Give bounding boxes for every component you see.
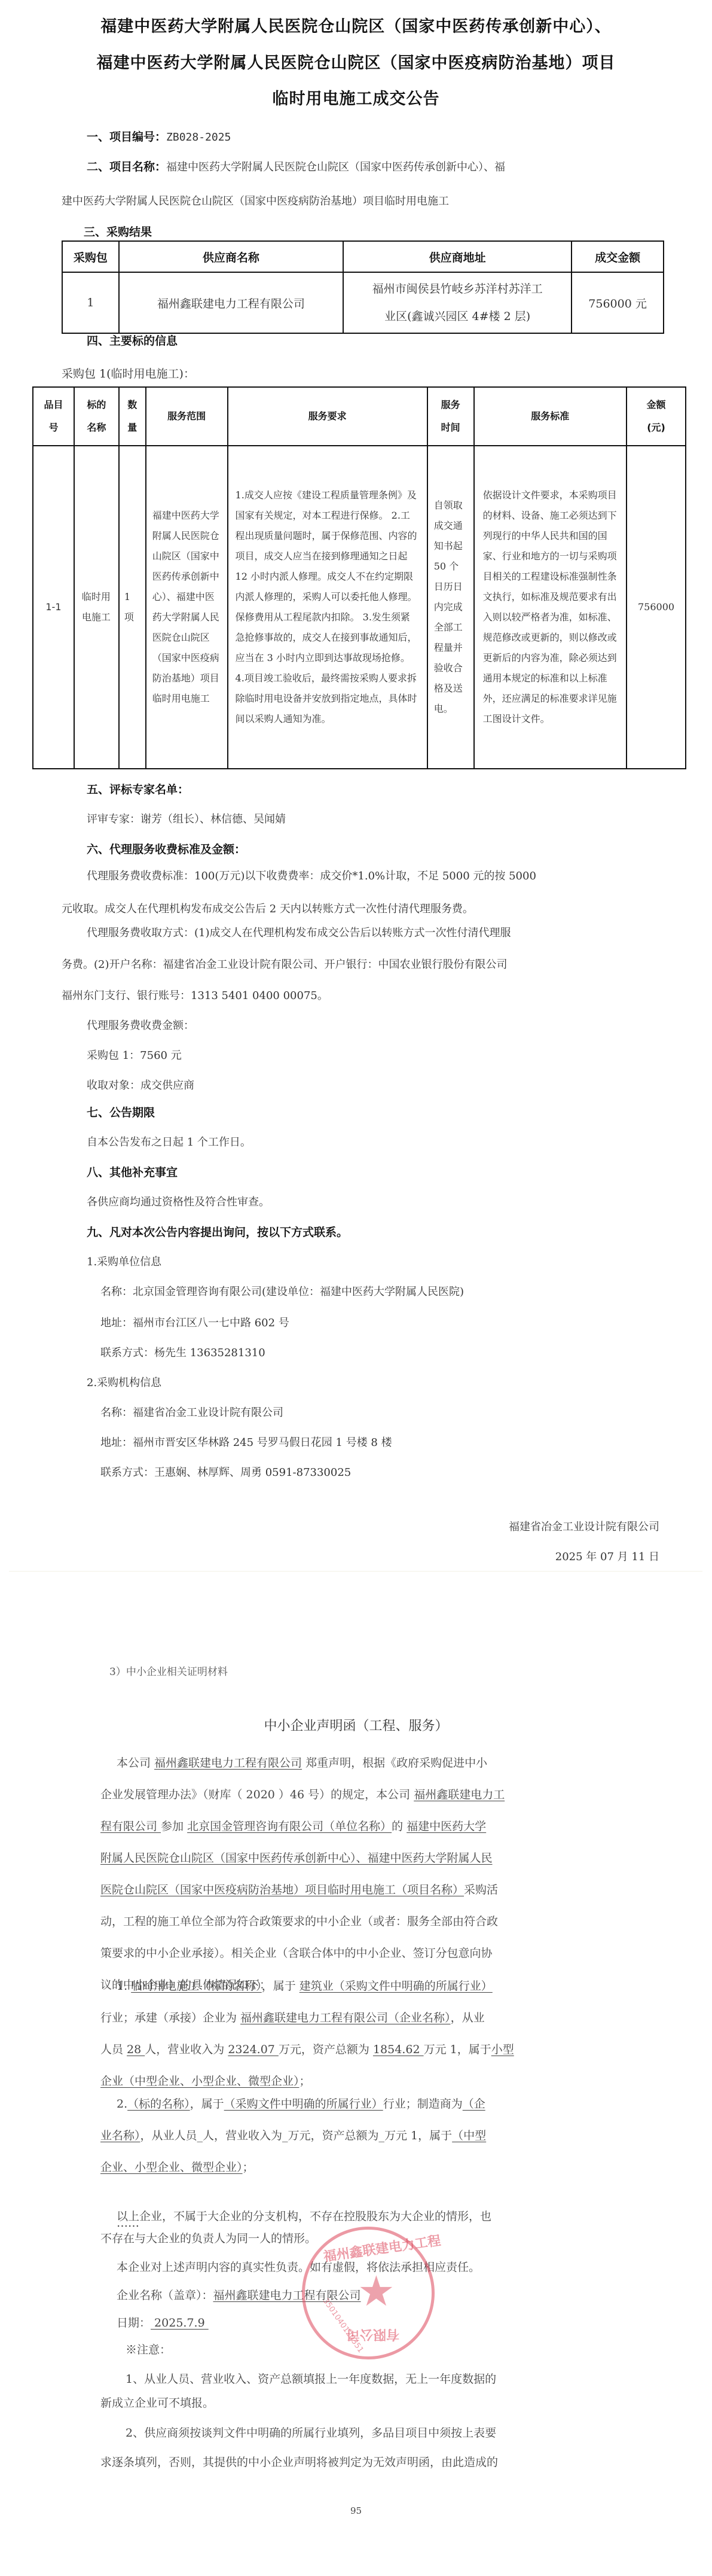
declaration-text-segment: 采购活 [464, 1883, 498, 1896]
results-table-header: 采购包 供应商名称 供应商地址 成交金额 [62, 241, 664, 272]
fee-method-line-1: 代理服务费收取方式：(1)成交人在代理机构发布成交公告后以转账方式一次性付清代理… [87, 924, 511, 940]
declaration-text-segment: 程有限公司 [100, 1820, 161, 1833]
declaration-note1-line1: 1、从业人员、营业收入、资产总额填报上一年度数据，无上一年度数据的 [126, 2370, 496, 2386]
purchaser-contact: 联系方式：杨先生 13635281310 [100, 1344, 265, 1360]
declaration-title: 中小企业声明函（工程、服务） [0, 1716, 712, 1734]
declaration-line: 2.（标的名称），属于（采购文件中明确的所属行业）行业；制造商为（企 [117, 2095, 485, 2111]
col-standard: 服务标准 [474, 387, 627, 446]
announcement-title-line-3: 临时用电施工成交公告 [0, 86, 712, 109]
page-number: 95 [0, 2505, 712, 2516]
address-line-2: 业区(鑫诚兴园区 4#楼 2 层) [344, 303, 570, 330]
declaration-line: 企业、小型企业、微型企业）； [100, 2158, 254, 2175]
declaration-text-segment: 1854.62 [373, 2043, 424, 2056]
declaration-text-segment: 参加 [161, 1820, 187, 1833]
col-package: 采购包 [62, 241, 119, 272]
project-name-label: 二、项目名称： [87, 160, 166, 173]
fee-standard-line-2: 元收取。成交人在代理机构发布成交公告后 2 天内以转账方式一次性付清代理服务费。 [62, 900, 473, 916]
project-name-line-1: 福建中医药大学附属人民医院仓山院区（国家中医药传承创新中心）、福 [166, 161, 505, 173]
declaration-text-segment: 人员 [100, 2043, 127, 2056]
declaration-line: 行业；承建（承接）企业为 福州鑫联建电力工程有限公司（企业名称），从业 [100, 2009, 485, 2025]
col-name: 标的名称 [74, 387, 119, 446]
fee-method-line-3: 福州东门支行、银行账号：1313 5401 0400 00075。 [62, 987, 328, 1003]
declaration-text-segment: 行业；制造商为 [383, 2097, 463, 2111]
declaration-text-segment: 1. [117, 1980, 131, 1993]
project-number: 一、项目编号：ZB028-2025 [87, 128, 231, 144]
fee-target: 收取对象：成交供应商 [87, 1077, 194, 1092]
cell-quantity: 1 项 [119, 446, 146, 769]
other-heading: 八、其他补充事宜 [87, 1164, 178, 1180]
declaration-note2-line1: 2、供应商须按谈判文件中明确的所属行业填列，多品目项目中须按上表要 [126, 2424, 496, 2440]
col-amount: 金额(元) [627, 387, 686, 446]
declaration-text-segment: ，属于 [262, 1980, 300, 1993]
experts-text: 评审专家：谢芳（组长）、林信德、吴闻婧 [87, 811, 286, 826]
date-label: 日期： [117, 2316, 151, 2330]
declaration-text-segment: （标的名称） [127, 2097, 190, 2111]
declaration-text-segment: 郑重声明，根据《政府采购促进中小 [302, 1756, 487, 1770]
declaration-text-segment: ，从业人员_人，营业收入为_万元，资产总额为_万元 1，属于 [140, 2129, 453, 2142]
declaration-text-segment: 临时用电施工（标的名称） [131, 1980, 262, 1993]
declaration-text-segment: 业名称） [100, 2129, 140, 2142]
cell-amount: 756000 [627, 446, 686, 769]
declaration-text-segment: （采购文件中明确的所属行业） [224, 2097, 383, 2111]
cell-scope: 福建中医药大学附属人民医院仓山院区（国家中医药传承创新中心）、福建中医药大学附属… [146, 446, 228, 769]
declaration-text-segment: 福州鑫联建电力工程有限公司（企业名称） [240, 2011, 451, 2024]
subject-table: 品目号 标的名称 数量 服务范围 服务要求 服务时间 服务标准 金额(元) 1-… [32, 386, 686, 769]
table-row: 1-1 临时用电施工 1 项 福建中医药大学附属人民医院仓山院区（国家中医药传承… [33, 446, 686, 769]
col-service-time: 服务时间 [427, 387, 474, 446]
results-table: 采购包 供应商名称 供应商地址 成交金额 1 福州鑫联建电力工程有限公司 福州市… [62, 240, 664, 334]
purchaser-address: 地址：福州市台江区八一七中路 602 号 [100, 1314, 289, 1330]
declaration-line: 本公司 福州鑫联建电力工程有限公司 郑重声明，根据《政府采购促进中小 [117, 1754, 487, 1770]
declaration-text-segment: ； [243, 2161, 254, 2174]
col-quantity: 数量 [119, 387, 146, 446]
declaration-line: 医院仓山院区（国家中医疫病防治基地）项目临时用电施工（项目名称）采购活 [100, 1881, 498, 1897]
declaration-note-heading: ※注意： [126, 2341, 171, 2357]
subject-heading: 四、主要标的信息 [87, 332, 178, 348]
declaration-text-segment: 2. [117, 2097, 127, 2111]
project-name-line-2: 建中医药大学附属人民医院仓山院区（国家中医疫病防治基地）项目临时用电施工 [62, 193, 449, 208]
declaration-line: 1. 临时用电施工（标的名称），属于 建筑业（采购文件中明确的所属行业） [117, 1977, 493, 1993]
col-item-no: 品目号 [33, 387, 74, 446]
declaration-text-segment: 建筑业（采购文件中明确的所属行业） [300, 1980, 493, 1993]
declaration-line: 企业（中型企业、小型企业、微型企业）； [100, 2072, 311, 2088]
cell-supplier: 福州鑫联建电力工程有限公司 [119, 272, 343, 333]
declaration-text-segment: 附属人民医院仓山院区（国家中医药传承创新中心）、福建中医药大学附属人民 [100, 1852, 493, 1865]
package-label: 采购包 1(临时用电施工)： [62, 365, 195, 381]
declaration-note2-line2: 求逐条填列，否则，其提供的中小企业声明将被判定为无效声明函，由此造成的 [100, 2453, 498, 2470]
project-name: 二、项目名称：福建中医药大学附属人民医院仓山院区（国家中医药传承创新中心）、福 [87, 158, 505, 174]
declaration-text-segment: 人，营业收入为 [145, 2043, 228, 2056]
agency-fee-heading: 六、代理服务收费标准及金额： [87, 841, 246, 857]
declaration-line: 业名称），从业人员_人，营业收入为_万元，资产总额为_万元 1，属于（中型 [100, 2127, 486, 2143]
declaration-text-segment: 福州鑫联建电力工程有限公司 [154, 1756, 302, 1770]
subject-table-header: 品目号 标的名称 数量 服务范围 服务要求 服务时间 服务标准 金额(元) [33, 387, 686, 446]
purchaser-name: 名称：北京国金管理咨询有限公司(建设单位：福建中医药大学附属人民医院) [100, 1283, 464, 1299]
address-line-1: 福州市闽侯县竹岐乡苏洋村苏洋工 [344, 275, 570, 303]
declaration-statement-line1: 以上企业，不属于大企业的分支机构，不存在控股股东为大企业的情形，也 [117, 2207, 491, 2224]
declaration-text-segment: 福州鑫联建电力工 [414, 1788, 505, 1801]
declaration-text-segment: 28 [127, 2043, 145, 2056]
declaration-text-segment: （企 [463, 2097, 485, 2111]
declaration-text-segment: 万元，资产总额为 [279, 2043, 373, 2056]
declaration-note1-line2: 新成立企业可不填报。 [100, 2394, 214, 2410]
declaration-text-segment: 企业（中型企业、小型企业、微型企业） [100, 2075, 300, 2088]
declaration-text-segment: ； [300, 2075, 311, 2088]
declaration-text-segment: 医院仓山院区（国家中医疫病防治基地）项目临时用电施工（项目名称） [100, 1883, 464, 1896]
declaration-text-segment: （中型 [452, 2129, 486, 2142]
fee-standard-line-1: 代理服务费收费标准：100(万元)以下收费费率：成交价*1.0%计取，不足 50… [87, 867, 536, 883]
col-amount: 成交金额 [572, 241, 664, 272]
fee-method-line-2: 务费。(2)开户名称：福建省冶金工业设计院有限公司、开户银行：中国农业银行股份有… [62, 956, 508, 972]
declaration-line: 企业发展管理办法》（财库（ 2020 ）46 号）的规定，本公司 福州鑫联建电力… [100, 1786, 505, 1802]
cell-amount: 756000 元 [572, 272, 664, 333]
table-row: 1 福州鑫联建电力工程有限公司 福州市闽侯县竹岐乡苏洋村苏洋工 业区(鑫诚兴园区… [62, 272, 664, 333]
declaration-text-segment: 万元 1，属于 [424, 2043, 491, 2056]
fee-amount-value: 采购包 1：7560 元 [87, 1047, 182, 1062]
declaration-statement-line2: 不存在与大企业的负责人为同一人的情形。 [100, 2230, 316, 2246]
declaration-text-segment: 本公司 [117, 1756, 154, 1770]
page-divider [9, 1571, 702, 1572]
declaration-date-row: 日期： 2025.7.9 [117, 2314, 209, 2330]
agency-name: 名称：福建省冶金工业设计院有限公司 [100, 1404, 283, 1420]
declaration-line: 人员 28 人，营业收入为 2324.07 万元，资产总额为 1854.62 万… [100, 2041, 514, 2057]
project-number-value: ZB028-2025 [166, 131, 231, 144]
cell-item-no: 1-1 [33, 446, 74, 769]
declaration-line: 动，工程的施工单位全部为符合政策要求的中小企业（或者：服务全部由符合政 [100, 1913, 498, 1929]
announcement-title-line-1: 福建中医药大学附属人民医院仓山院区（国家中医药传承创新中心）、 [0, 13, 712, 36]
declaration-line: 策要求的中小企业承接）。相关企业（含联合体中的中小企业、签订分包意向协 [100, 1944, 493, 1960]
cell-standard: 依据设计文件要求，本采购项目的材料、设备、施工必须达到下列现行的中华人民共和国的… [474, 446, 627, 769]
declaration-text-segment: 2324.07 [228, 2043, 279, 2056]
project-number-label: 一、项目编号： [87, 130, 166, 144]
cell-requirements: 1.成交人应按《建设工程质量管理条例》及国家有关规定，对本工程进行保修。 2.工… [228, 446, 427, 769]
cell-address: 福州市闽侯县竹岐乡苏洋村苏洋工 业区(鑫诚兴园区 4#楼 2 层) [343, 272, 572, 333]
declaration-text-segment: 的 [392, 1820, 407, 1833]
fee-amount-label: 代理服务费收费金额： [87, 1017, 194, 1033]
seal-star-icon: ★ [357, 2270, 395, 2312]
company-label: 企业名称（盖章）： [117, 2289, 213, 2302]
col-supplier: 供应商名称 [119, 241, 343, 272]
declaration-text-segment: ，从业 [451, 2011, 485, 2024]
results-heading: 三、采购结果 [84, 223, 152, 239]
agency-address: 地址：福州市晋安区华林路 245 号罗马假日花园 1 号楼 8 楼 [100, 1434, 392, 1450]
experts-heading: 五、评标专家名单： [87, 781, 189, 797]
declaration-text-segment: 企业发展管理办法》（财库（ 2020 ）46 号）的规定，本公司 [100, 1788, 414, 1801]
date-value: 2025.7.9 [151, 2316, 209, 2330]
other-text: 各供应商均通过资格性及符合性审查。 [87, 1193, 270, 1209]
purchaser-heading: 1.采购单位信息 [87, 1253, 161, 1269]
agency-contact: 联系方式：王惠娴、林厚辉、周勇 0591-87330025 [100, 1464, 351, 1479]
declaration-ellipsis: …… [117, 2216, 139, 2230]
declaration-line: 程有限公司 参加 北京国金管理咨询有限公司（单位名称）的 福建中医药大学 [100, 1817, 486, 1834]
col-scope: 服务范围 [146, 387, 228, 446]
signature-org: 福建省冶金工业设计院有限公司 [509, 1518, 659, 1534]
declaration-text-segment: 企业、小型企业、微型企业） [100, 2161, 243, 2174]
cell-package: 1 [62, 272, 119, 333]
announcement-title-line-2: 福建中医药大学附属人民医院仓山院区（国家中医疫病防治基地）项目 [0, 50, 712, 73]
period-text: 自本公告发布之日起 1 个工作日。 [87, 1134, 251, 1149]
declaration-text-segment: 行业；承建（承接）企业为 [100, 2011, 240, 2024]
declaration-text-segment: 动，工程的施工单位全部为符合政策要求的中小企业（或者：服务全部由符合政 [100, 1915, 498, 1928]
col-address: 供应商地址 [343, 241, 572, 272]
col-requirements: 服务要求 [228, 387, 427, 446]
declaration-text-segment: 小型 [491, 2043, 514, 2056]
declaration-text-segment: 策要求的中小企业承接）。相关企业（含联合体中的中小企业、签订分包意向协 [100, 1947, 493, 1960]
period-heading: 七、公告期限 [87, 1104, 155, 1120]
declaration-text-segment: ，属于 [190, 2097, 224, 2111]
declaration-text-segment: 北京国金管理咨询有限公司（单位名称） [187, 1820, 392, 1833]
declaration-text-segment: 福建中医药大学 [407, 1820, 486, 1833]
contact-heading: 九、凡对本次公告内容提出询问，按以下方式联系。 [87, 1223, 348, 1240]
agency-heading: 2.采购机构信息 [87, 1374, 161, 1390]
declaration-section-label: 3）中小企业相关证明材料 [109, 1663, 228, 1678]
cell-service-time: 自领取成交通知书起 50 个日历日内完成全部工程量并验收合格及送电。 [427, 446, 474, 769]
declaration-line: 附属人民医院仓山院区（国家中医药传承创新中心）、福建中医药大学附属人民 [100, 1849, 493, 1865]
signature-date: 2025 年 07 月 11 日 [555, 1548, 659, 1564]
cell-name: 临时用电施工 [74, 446, 119, 769]
